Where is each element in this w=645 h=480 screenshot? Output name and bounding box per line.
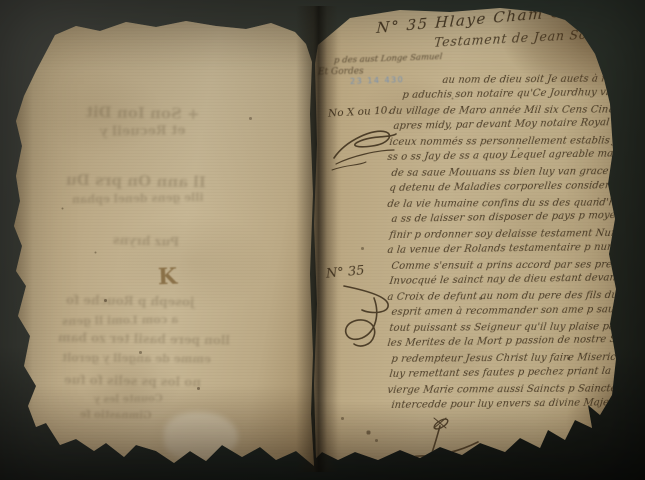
manuscript-line: a Croix de defunt au nom du pere des fil… <box>387 290 645 303</box>
bleedthrough-line: Puz hryns <box>113 233 180 249</box>
right-page: au nom de dieu soit Je auets à nous pres… <box>312 4 642 466</box>
bleedthrough-line: a com Lomi ll gens <box>62 313 178 328</box>
manuscript-line: iceux nommés ss personnellement establis… <box>389 135 645 148</box>
manuscript-line: esprit amen à recommander son ame p saue… <box>391 304 637 318</box>
manuscript-line: les Merites de la Mort p passion de nost… <box>387 333 645 349</box>
manuscript-line: p redempteur Jesus Christ luy faire Mise… <box>391 352 640 365</box>
manuscript-line: intercedde pour luy envers sa divine Maj… <box>391 397 625 411</box>
margin-note-2: N° 35 <box>325 263 365 281</box>
manuscript-line: de sa saue Mouuans ss bien luy van grace… <box>391 166 645 179</box>
archival-stamp-number: 23 14 430 <box>350 75 404 86</box>
manuscript-line: p aduchis son notaire qu'Ce Jourdhuy vin… <box>402 86 645 101</box>
bleedthrough-line: no los ps selis fo fue <box>64 373 201 389</box>
manuscript-line: vierge Marie comme aussi Saincts p Sainc… <box>387 383 645 396</box>
manuscript-line: ss o ss Jay de ss a quoy Lequel agreable… <box>387 148 645 163</box>
manuscript-line: q detenu de Maladies corporelles conside… <box>389 179 645 194</box>
left-page-bleedthrough: + Son Ion Ditet Recueil yIl ann On prs D… <box>8 14 318 466</box>
left-page: + Son Ion Ditet Recueil yIl ann On prs D… <box>8 14 318 466</box>
signature-flourish-icon <box>390 414 494 470</box>
ink-mark-k: K <box>158 264 178 291</box>
manuscript-line: apres midy, par devant Moy notaire Royal… <box>393 116 645 132</box>
bleedthrough-line: ille gens denel ephan <box>72 191 204 206</box>
manuscript-line: Invocqué le sainct nay de dieu estant de… <box>389 271 645 287</box>
manuscript-scan: + Son Ion Ditet Recueil yIl ann On prs D… <box>0 0 645 480</box>
bleedthrough-line: joseph p Rouche fo <box>66 293 195 309</box>
manuscript-line: a ss de laisser son disposer de pays p m… <box>391 209 645 225</box>
manuscript-line: au nom de dieu soit Je auets à nous pres… <box>442 73 645 86</box>
dust-specks <box>0 0 1 1</box>
manuscript-line: finir p ordonner soy delaisse testament … <box>389 228 645 241</box>
bleedthrough-line: Gimnastio fe <box>80 409 152 421</box>
manuscript-line: a la venue der Rolands testamentaire p n… <box>387 241 645 256</box>
bleedthrough-line: et Recueil y <box>100 123 186 139</box>
bleedthrough-line: + Son Ion Dit <box>86 103 200 123</box>
repair-patch <box>164 412 238 460</box>
paraph-flourish-2-icon <box>330 280 400 350</box>
manuscript-line: de la vie humaine confins du ss des quan… <box>387 197 645 210</box>
margin-note-1: No X ou 10. <box>328 104 391 119</box>
bleedthrough-line: Counte les y <box>94 393 163 405</box>
manuscript-line: luy remettant ses fautes p pechez priant… <box>389 365 645 380</box>
side-note: p des aust Longe Samuel <box>334 52 443 66</box>
left-page-edge-shading <box>8 14 318 466</box>
bleedthrough-line: llon pere basil ter zo bam <box>58 331 230 348</box>
manuscript-line: du village de Maro année Mil six Cens Ci… <box>389 104 645 117</box>
bleedthrough-line: emme de angell y gerolt <box>62 351 211 366</box>
paraph-flourish-icon <box>328 120 408 174</box>
bleedthrough-line: Il ann On prs Du <box>66 171 206 191</box>
manuscript-line: tout puissant ss Seigneur qu'il luy plai… <box>389 321 621 334</box>
manuscript-line: Comme s'ensuit a prins accord par ses pr… <box>391 259 645 272</box>
